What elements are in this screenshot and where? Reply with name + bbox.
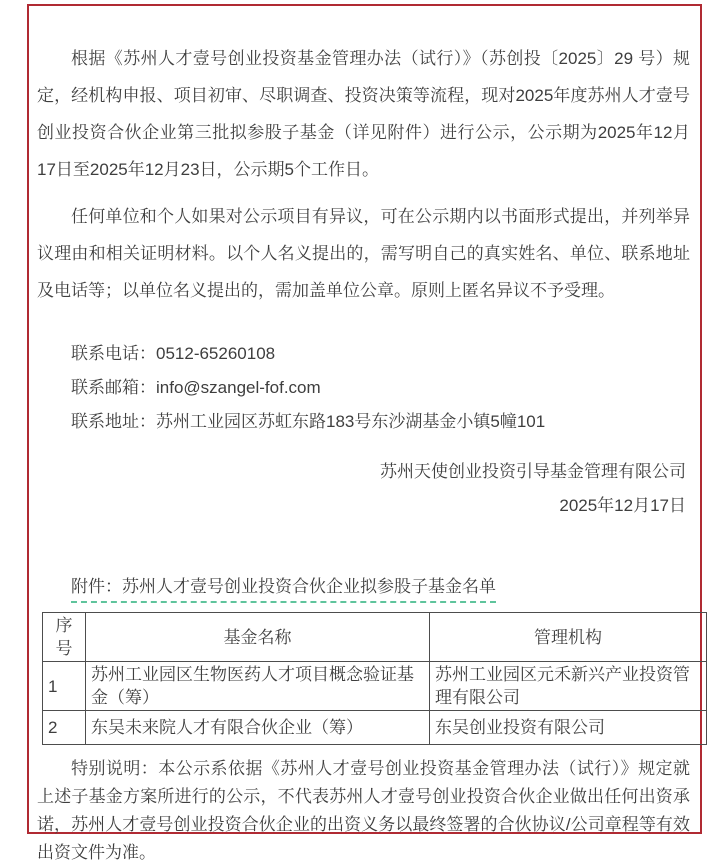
contact-address-line: 联系地址：苏州工业园区苏虹东路183号东沙湖基金小镇5幢101 xyxy=(37,405,690,439)
contact-email-line: 联系邮箱：info@szangel-fof.com xyxy=(37,371,690,405)
table-row: 1 苏州工业园区生物医药人才项目概念验证基金（筹） 苏州工业园区元禾新兴产业投资… xyxy=(43,662,707,711)
signature-date: 2025年12月17日 xyxy=(37,489,686,523)
cell-no: 1 xyxy=(43,662,86,711)
cell-manager: 苏州工业园区元禾新兴产业投资管理有限公司 xyxy=(430,662,707,711)
cell-fund-name: 苏州工业园区生物医药人才项目概念验证基金（筹） xyxy=(86,662,430,711)
contact-address-label: 联系地址： xyxy=(71,412,156,431)
header-cell-no: 序号 xyxy=(43,613,86,662)
contact-phone-line: 联系电话：0512-65260108 xyxy=(37,337,690,371)
objection-paragraph: 任何单位和个人如果对公示项目有异议，可在公示期内以书面形式提出，并列举异议理由和… xyxy=(37,198,690,309)
table-row: 2 东吴未来院人才有限合伙企业（筹） 东吴创业投资有限公司 xyxy=(43,711,707,745)
intro-paragraph: 根据《苏州人才壹号创业投资基金管理办法（试行）》（苏创投〔2025〕29 号）规… xyxy=(37,40,690,188)
announcement-frame: 根据《苏州人才壹号创业投资基金管理办法（试行）》（苏创投〔2025〕29 号）规… xyxy=(27,4,702,804)
contact-phone-label: 联系电话： xyxy=(71,344,156,363)
special-note-paragraph: 特别说明：本公示系依据《苏州人才壹号创业投资基金管理办法（试行）》规定就上述子基… xyxy=(37,755,690,804)
cell-manager: 东吴创业投资有限公司 xyxy=(430,711,707,745)
signature-block: 苏州天使创业投资引导基金管理有限公司 2025年12月17日 xyxy=(37,455,690,523)
header-cell-fund-name: 基金名称 xyxy=(86,613,430,662)
cell-no: 2 xyxy=(43,711,86,745)
cell-fund-name: 东吴未来院人才有限合伙企业（筹） xyxy=(86,711,430,745)
table-header-row: 序号 基金名称 管理机构 xyxy=(43,613,707,662)
contact-phone-value: 0512-65260108 xyxy=(156,344,275,363)
attachment-link[interactable]: 附件：苏州人才壹号创业投资合伙企业拟参股子基金名单 xyxy=(71,575,496,603)
contact-address-value: 苏州工业园区苏虹东路183号东沙湖基金小镇5幢101 xyxy=(156,412,545,431)
header-cell-manager: 管理机构 xyxy=(430,613,707,662)
contact-block: 联系电话：0512-65260108 联系邮箱：info@szangel-fof… xyxy=(37,337,690,439)
attachment-title-row: 附件：苏州人才壹号创业投资合伙企业拟参股子基金名单 xyxy=(37,523,690,603)
signature-company: 苏州天使创业投资引导基金管理有限公司 xyxy=(37,455,686,489)
contact-email-value: info@szangel-fof.com xyxy=(156,378,321,397)
contact-email-label: 联系邮箱： xyxy=(71,378,156,397)
fund-table: 序号 基金名称 管理机构 1 苏州工业园区生物医药人才项目概念验证基金（筹） 苏… xyxy=(42,612,707,745)
